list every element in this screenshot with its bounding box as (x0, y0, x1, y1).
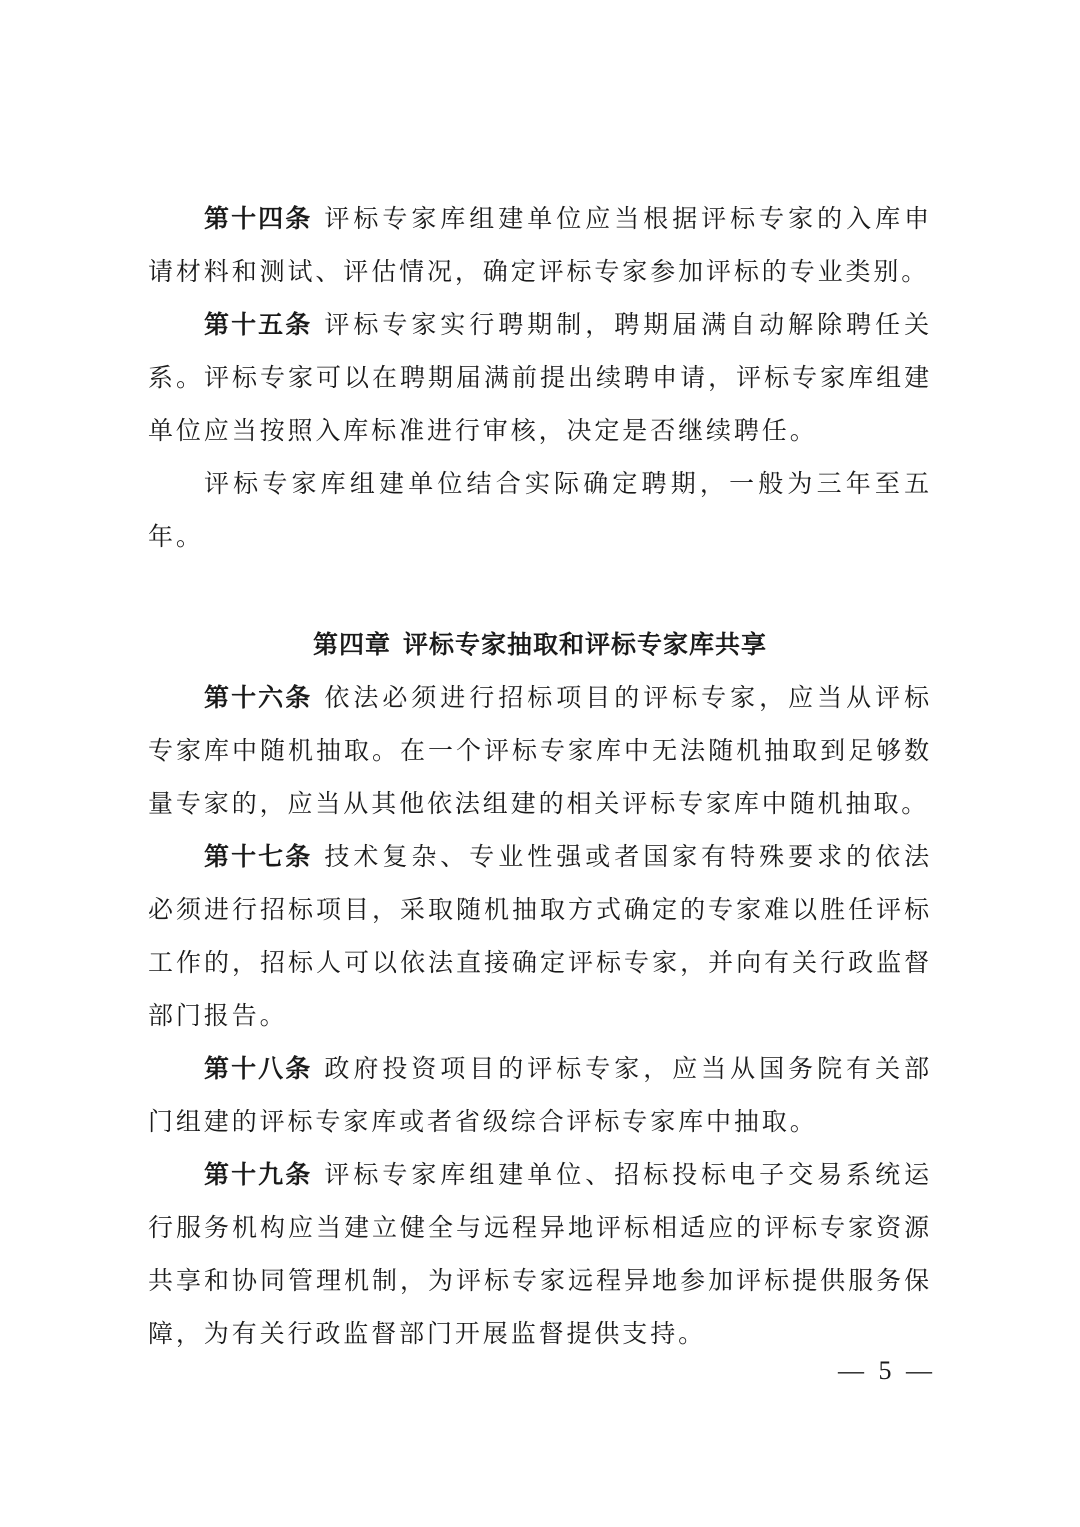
article-15: 第十五条评标专家实行聘期制，聘期届满自动解除聘任关系。评标专家可以在聘期届满前提… (148, 298, 932, 457)
article-label: 第十九条 (204, 1160, 312, 1189)
article-17: 第十七条技术复杂、专业性强或者国家有特殊要求的依法必须进行招标项目，采取随机抽取… (148, 830, 932, 1042)
page-number: — 5 — (838, 1356, 936, 1386)
article-19: 第十九条评标专家库组建单位、招标投标电子交易系统运行服务机构应当建立健全与远程异… (148, 1148, 932, 1360)
chapter-number: 第四章 (313, 630, 391, 659)
article-label: 第十五条 (204, 310, 312, 339)
chapter-heading: 第四章评标专家抽取和评标专家库共享 (148, 618, 932, 671)
article-label: 第十七条 (204, 842, 312, 871)
article-16: 第十六条依法必须进行招标项目的评标专家，应当从评标专家库中随机抽取。在一个评标专… (148, 671, 932, 830)
article-label: 第十八条 (204, 1054, 312, 1083)
article-label: 第十四条 (204, 204, 312, 233)
article-15-paragraph-2: 评标专家库组建单位结合实际确定聘期，一般为三年至五年。 (148, 457, 932, 563)
article-label: 第十六条 (204, 683, 312, 712)
document-page: 第十四条评标专家库组建单位应当根据评标专家的入库申请材料和测试、评估情况，确定评… (148, 192, 932, 1360)
article-18: 第十八条政府投资项目的评标专家，应当从国务院有关部门组建的评标专家库或者省级综合… (148, 1042, 932, 1148)
article-14: 第十四条评标专家库组建单位应当根据评标专家的入库申请材料和测试、评估情况，确定评… (148, 192, 932, 298)
chapter-title: 评标专家抽取和评标专家库共享 (403, 630, 767, 659)
